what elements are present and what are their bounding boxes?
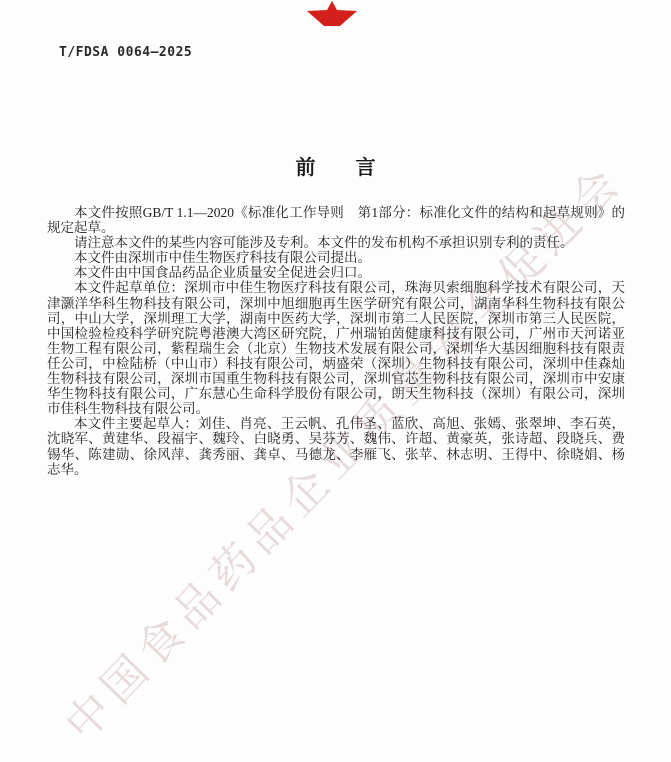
foreword-paragraph-patent-notice: 请注意本文件的某些内容可能涉及专利。本文件的发布机构不承担识别专利的责任。 [47,235,625,250]
standard-document-page: T/FDSA 0064—2025 中国食品药品企业质量安全促进会 前 言 本文件… [0,0,671,762]
foreword-paragraph-drafting-organizations: 本文件起草单位：深圳市中佳生物医疗科技有限公司，珠海贝索细胞科学技术有限公司，天… [47,280,625,416]
document-code: T/FDSA 0064—2025 [59,45,192,60]
page-title-foreword: 前 言 [0,151,671,180]
foreword-paragraph-basis: 本文件按照GB/T 1.1—2020《标准化工作导则 第1部分：标准化文件的结构… [47,205,625,235]
foreword-paragraph-main-drafters: 本文件主要起草人：刘佳、肖亮、王云帆、孔伟圣、蓝欣、高旭、张嫣、张翠坤、李石英，… [47,416,625,476]
foreword-paragraph-proposed-by: 本文件由深圳市中佳生物医疗科技有限公司提出。 [47,250,625,265]
foreword-paragraph-centralized-by: 本文件由中国食品药品企业质量安全促进会归口。 [47,265,625,280]
foreword-body: 本文件按照GB/T 1.1—2020《标准化工作导则 第1部分：标准化文件的结构… [47,205,625,477]
red-star-icon [307,1,357,26]
